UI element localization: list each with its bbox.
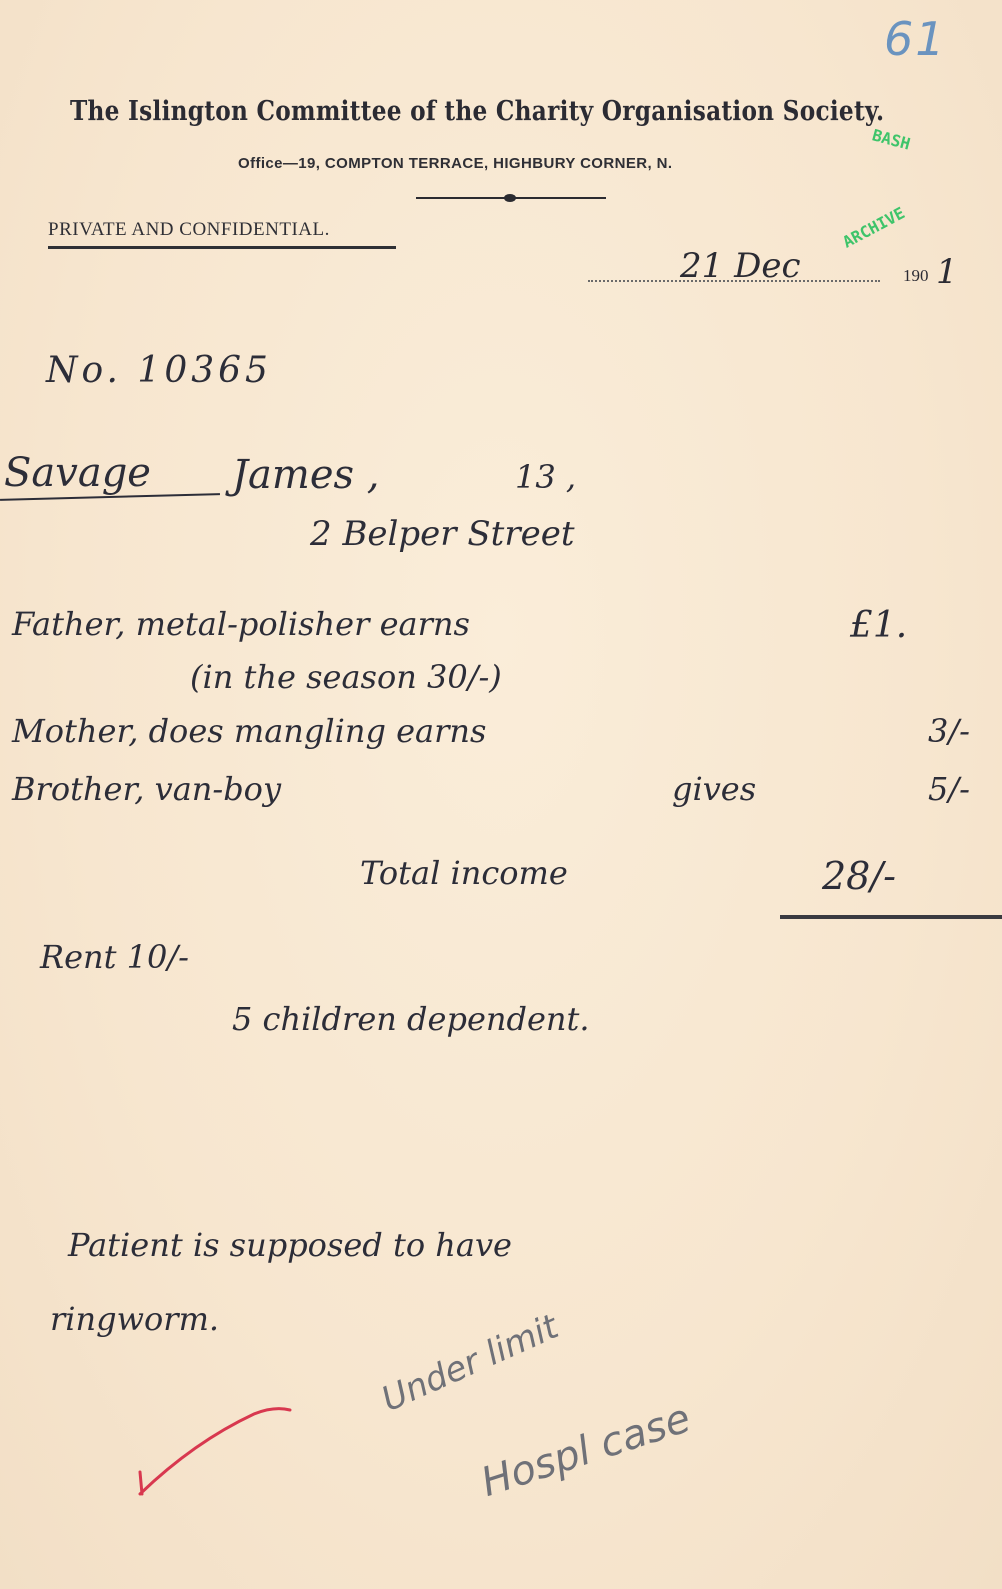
confidentiality-underline: [48, 246, 396, 249]
income-row-brother-amount: 5/-: [928, 770, 970, 808]
total-income-amount: 28/-: [822, 854, 896, 898]
confidentiality-label: PRIVATE AND CONFIDENTIAL.: [48, 219, 330, 241]
remarks-line-1: Patient is supposed to have: [68, 1226, 512, 1264]
date-day-month: 21 Dec: [680, 246, 801, 286]
letterhead-office-address: Office—19, COMPTON TERRACE, HIGHBURY COR…: [238, 155, 672, 172]
pencil-annotation-hospital-case: Hospl case: [476, 1395, 696, 1506]
applicant-address: 2 Belper Street: [310, 514, 574, 554]
income-row-mother-label: Mother, does mangling earns: [12, 712, 486, 750]
archive-stamp-bottom: ARCHIVE: [839, 203, 907, 251]
dependents-line: 5 children dependent.: [232, 1000, 590, 1038]
total-underline: [780, 915, 1002, 919]
letterhead-title: The Islington Committee of the Charity O…: [70, 96, 884, 127]
folio-number: 61: [884, 12, 947, 66]
ornament-divider: [416, 197, 606, 199]
remarks-line-2: ringworm.: [50, 1300, 219, 1338]
income-row-father-note: (in the season 30/-): [190, 658, 502, 696]
income-row-brother-label: Brother, van-boy: [12, 770, 281, 808]
applicant-age: 13 ,: [515, 458, 576, 496]
pencil-annotation-under-limit: Under limit: [376, 1307, 564, 1420]
income-row-brother-suffix: gives: [672, 770, 756, 808]
archive-stamp-top: BASH: [870, 125, 912, 153]
date-year-printed: 190: [903, 266, 929, 286]
red-check-mark-icon: [134, 1402, 304, 1502]
income-row-father-label: Father, metal-polisher earns: [12, 605, 470, 643]
applicant-surname: Savage: [4, 450, 151, 496]
rent-line: Rent 10/-: [40, 938, 189, 976]
document-page: 61 The Islington Committee of the Charit…: [0, 0, 1002, 1589]
income-row-mother-amount: 3/-: [928, 712, 970, 750]
case-number: No. 10365: [46, 350, 272, 391]
date-year-handwritten: 1: [936, 252, 958, 292]
applicant-given-name: James ,: [232, 452, 379, 498]
total-income-label: Total income: [360, 854, 568, 892]
income-row-father-amount: £1.: [850, 605, 907, 646]
